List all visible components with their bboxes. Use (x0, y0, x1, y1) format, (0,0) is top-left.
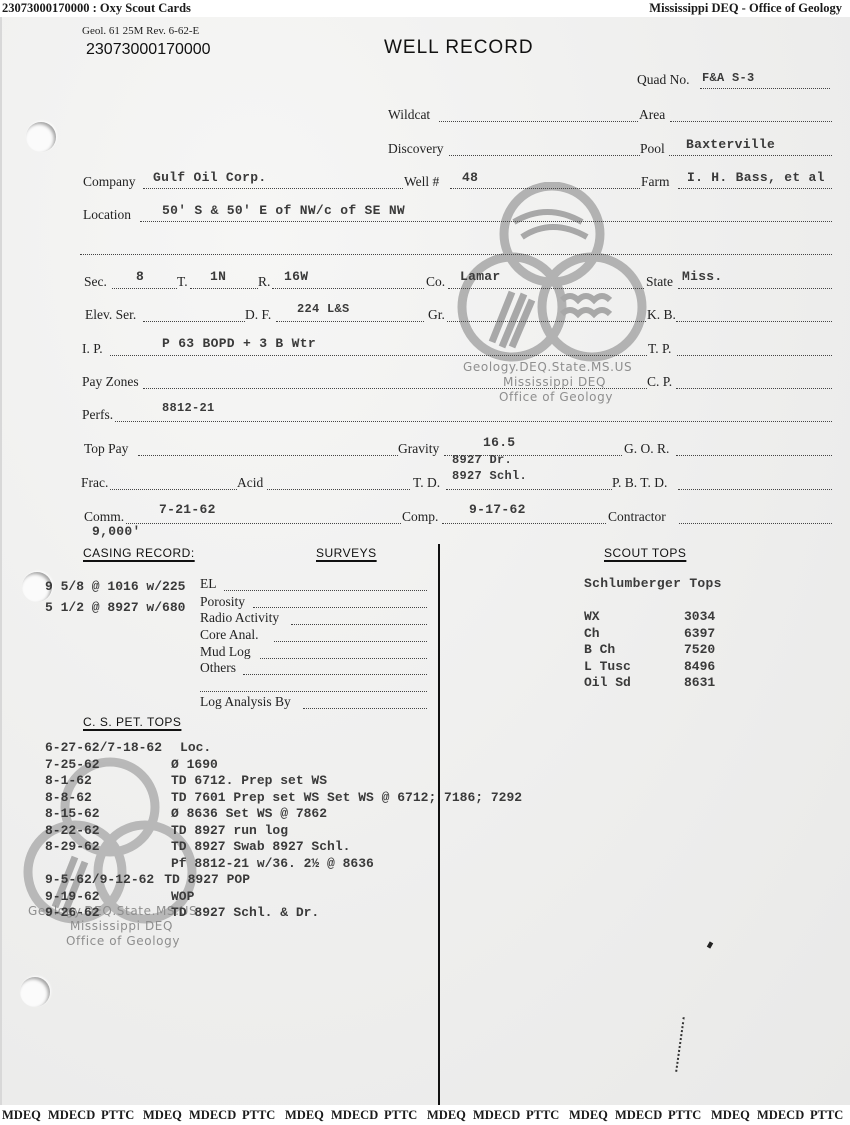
township-label: T. (177, 274, 188, 290)
viewer-header: 23073000170000 : Oxy Scout Cards Mississ… (0, 0, 850, 17)
watermark-text-line2: Mississippi DEQ (503, 375, 606, 389)
api-number: 23073000170000 (86, 41, 211, 59)
survey-el-label: EL (200, 576, 217, 592)
ip-value: P 63 BOPD + 3 B Wtr (162, 336, 316, 351)
td-value-drill: 8927 Dr. (452, 453, 512, 467)
discovery-label: Discovery (388, 141, 443, 157)
survey-others-label: Others (200, 660, 236, 676)
county-label: Co. (426, 274, 445, 290)
casing-record-heading: CASING RECORD: (83, 546, 195, 560)
area-label: Area (639, 107, 665, 123)
scout-tops-subheading: Schlumberger Tops (584, 576, 722, 591)
ip-label: I. P. (82, 341, 103, 357)
casing-row: 9 5/8 @ 1016 w/225 (45, 576, 185, 597)
location-value: 50' S & 50' E of NW/c of SE NW (162, 203, 405, 218)
surveys-heading: SURVEYS (316, 546, 377, 560)
scout-top-row: B Ch7520 (584, 642, 715, 659)
company-label: Company (83, 174, 136, 190)
pool-label: Pool (640, 141, 665, 157)
comp-value: 9-17-62 (469, 502, 526, 517)
tp-label: T. P. (648, 341, 671, 357)
td-value-schl: 8927 Schl. (452, 469, 527, 483)
kb-label: K. B. (647, 307, 676, 323)
scout-tops-heading: SCOUT TOPS (604, 546, 686, 560)
section-label: Sec. (84, 274, 107, 290)
log-analysis-by-label: Log Analysis By (200, 694, 291, 710)
df-label: D. F. (245, 307, 271, 323)
punch-hole-icon (26, 122, 56, 152)
county-value: Lamar (460, 269, 501, 284)
cp-label: C. P. (647, 374, 672, 390)
range-label: R. (258, 274, 270, 290)
gor-label: G. O. R. (624, 441, 669, 457)
watermark-text-line1: Geology.DEQ.State.MS.US (463, 360, 632, 374)
log-entry: 8-22-62TD 8927 run log (45, 823, 522, 840)
casing-row: 5 1/2 @ 8927 w/680 (45, 597, 185, 618)
log-entry: 8-29-62TD 8927 Swab 8927 Schl. (45, 839, 522, 856)
survey-radio-activity-label: Radio Activity (200, 610, 279, 626)
td-label: T. D. (413, 475, 440, 491)
footer-credits: MDEQ MDECD PTTC MDEQ MDECD PTTC MDEQ MDE… (0, 1105, 850, 1125)
gr-label: Gr. (428, 307, 445, 323)
comm-value: 7-21-62 (159, 502, 216, 517)
punch-hole-icon (20, 977, 50, 1007)
ink-mark (707, 941, 713, 948)
log-entry: 8-15-62Ø 8636 Set WS @ 7862 (45, 806, 522, 823)
pbtd-label: P. B. T. D. (612, 475, 667, 491)
well-number-label: Well # (404, 174, 439, 190)
well-number-value: 48 (462, 170, 478, 185)
state-label: State (646, 274, 673, 290)
scanned-well-record-card: Geology.DEQ.State.MS.US Mississippi DEQ … (0, 17, 850, 1105)
perfs-label: Perfs. (82, 407, 113, 423)
perfs-value: 8812-21 (162, 401, 215, 415)
log-entry: 8-1-62TD 6712. Prep set WS (45, 773, 522, 790)
state-value: Miss. (682, 269, 723, 284)
farm-label: Farm (641, 174, 670, 190)
log-entry: 9-19-62WOP (45, 889, 522, 906)
frac-label: Frac. (81, 475, 108, 491)
log-entry: 9-26-62TD 8927 Schl. & Dr. (45, 905, 522, 922)
watermark-text-line3: Office of Geology (66, 934, 180, 948)
scout-tops-list: WX3034 Ch6397 B Ch7520 L Tusc8496 Oil Sd… (584, 609, 715, 692)
quad-no-label: Quad No. (637, 72, 690, 88)
form-number: Geol. 61 25M Rev. 6-62-E (82, 25, 199, 37)
comm-label: Comm. (84, 509, 124, 525)
log-entry: 9-5-62/9-12-62TD 8927 POP (45, 872, 522, 889)
log-entry: 6-27-62/7-18-62Loc. (45, 740, 522, 757)
scout-top-row: Ch6397 (584, 626, 715, 643)
pay-zones-label: Pay Zones (82, 374, 139, 390)
survey-porosity-label: Porosity (200, 594, 245, 610)
df-value: 224 L&S (297, 302, 350, 316)
scout-top-row: Oil Sd8631 (584, 675, 715, 692)
comp-label: Comp. (402, 509, 438, 525)
township-value: 1N (210, 269, 226, 284)
scout-top-row: WX3034 (584, 609, 715, 626)
elev-ser-label: Elev. Ser. (85, 307, 136, 323)
cs-pet-tops-heading: C. S. PET. TOPS (83, 715, 181, 729)
watermark-text-line3: Office of Geology (499, 390, 613, 404)
log-entry: Pf 8812-21 w/36. 2½ @ 8636 (45, 856, 522, 873)
contractor-label: Contractor (608, 509, 666, 525)
source-title: Mississippi DEQ - Office of Geology (649, 1, 842, 16)
farm-value: I. H. Bass, et al (687, 170, 825, 185)
casing-record-list: 9 5/8 @ 1016 w/225 5 1/2 @ 8927 w/680 (45, 576, 185, 618)
scout-top-row: L Tusc8496 (584, 659, 715, 676)
quad-no-value: F&A S-3 (702, 71, 755, 85)
location-label: Location (83, 207, 131, 223)
section-value: 8 (136, 269, 144, 284)
log-entry: 8-8-62TD 7601 Prep set WS Set WS @ 6712;… (45, 790, 522, 807)
page-title: WELL RECORD (384, 37, 534, 59)
wildcat-label: Wildcat (388, 107, 430, 123)
ink-mark (675, 1017, 685, 1072)
document-title: 23073000170000 : Oxy Scout Cards (2, 1, 191, 16)
range-value: 16W (284, 269, 308, 284)
log-entry: 7-25-62Ø 1690 (45, 757, 522, 774)
comm-note: 9,000' (92, 524, 141, 539)
pool-value: Baxterville (686, 137, 775, 152)
gravity-label: Gravity (398, 441, 439, 457)
top-pay-label: Top Pay (84, 441, 128, 457)
cs-pet-tops-log: 6-27-62/7-18-62Loc. 7-25-62Ø 1690 8-1-62… (45, 740, 522, 922)
survey-core-anal-label: Core Anal. (200, 627, 259, 643)
company-value: Gulf Oil Corp. (153, 170, 266, 185)
gravity-value: 16.5 (483, 435, 515, 450)
survey-mud-log-label: Mud Log (200, 644, 251, 660)
acid-label: Acid (237, 475, 263, 491)
